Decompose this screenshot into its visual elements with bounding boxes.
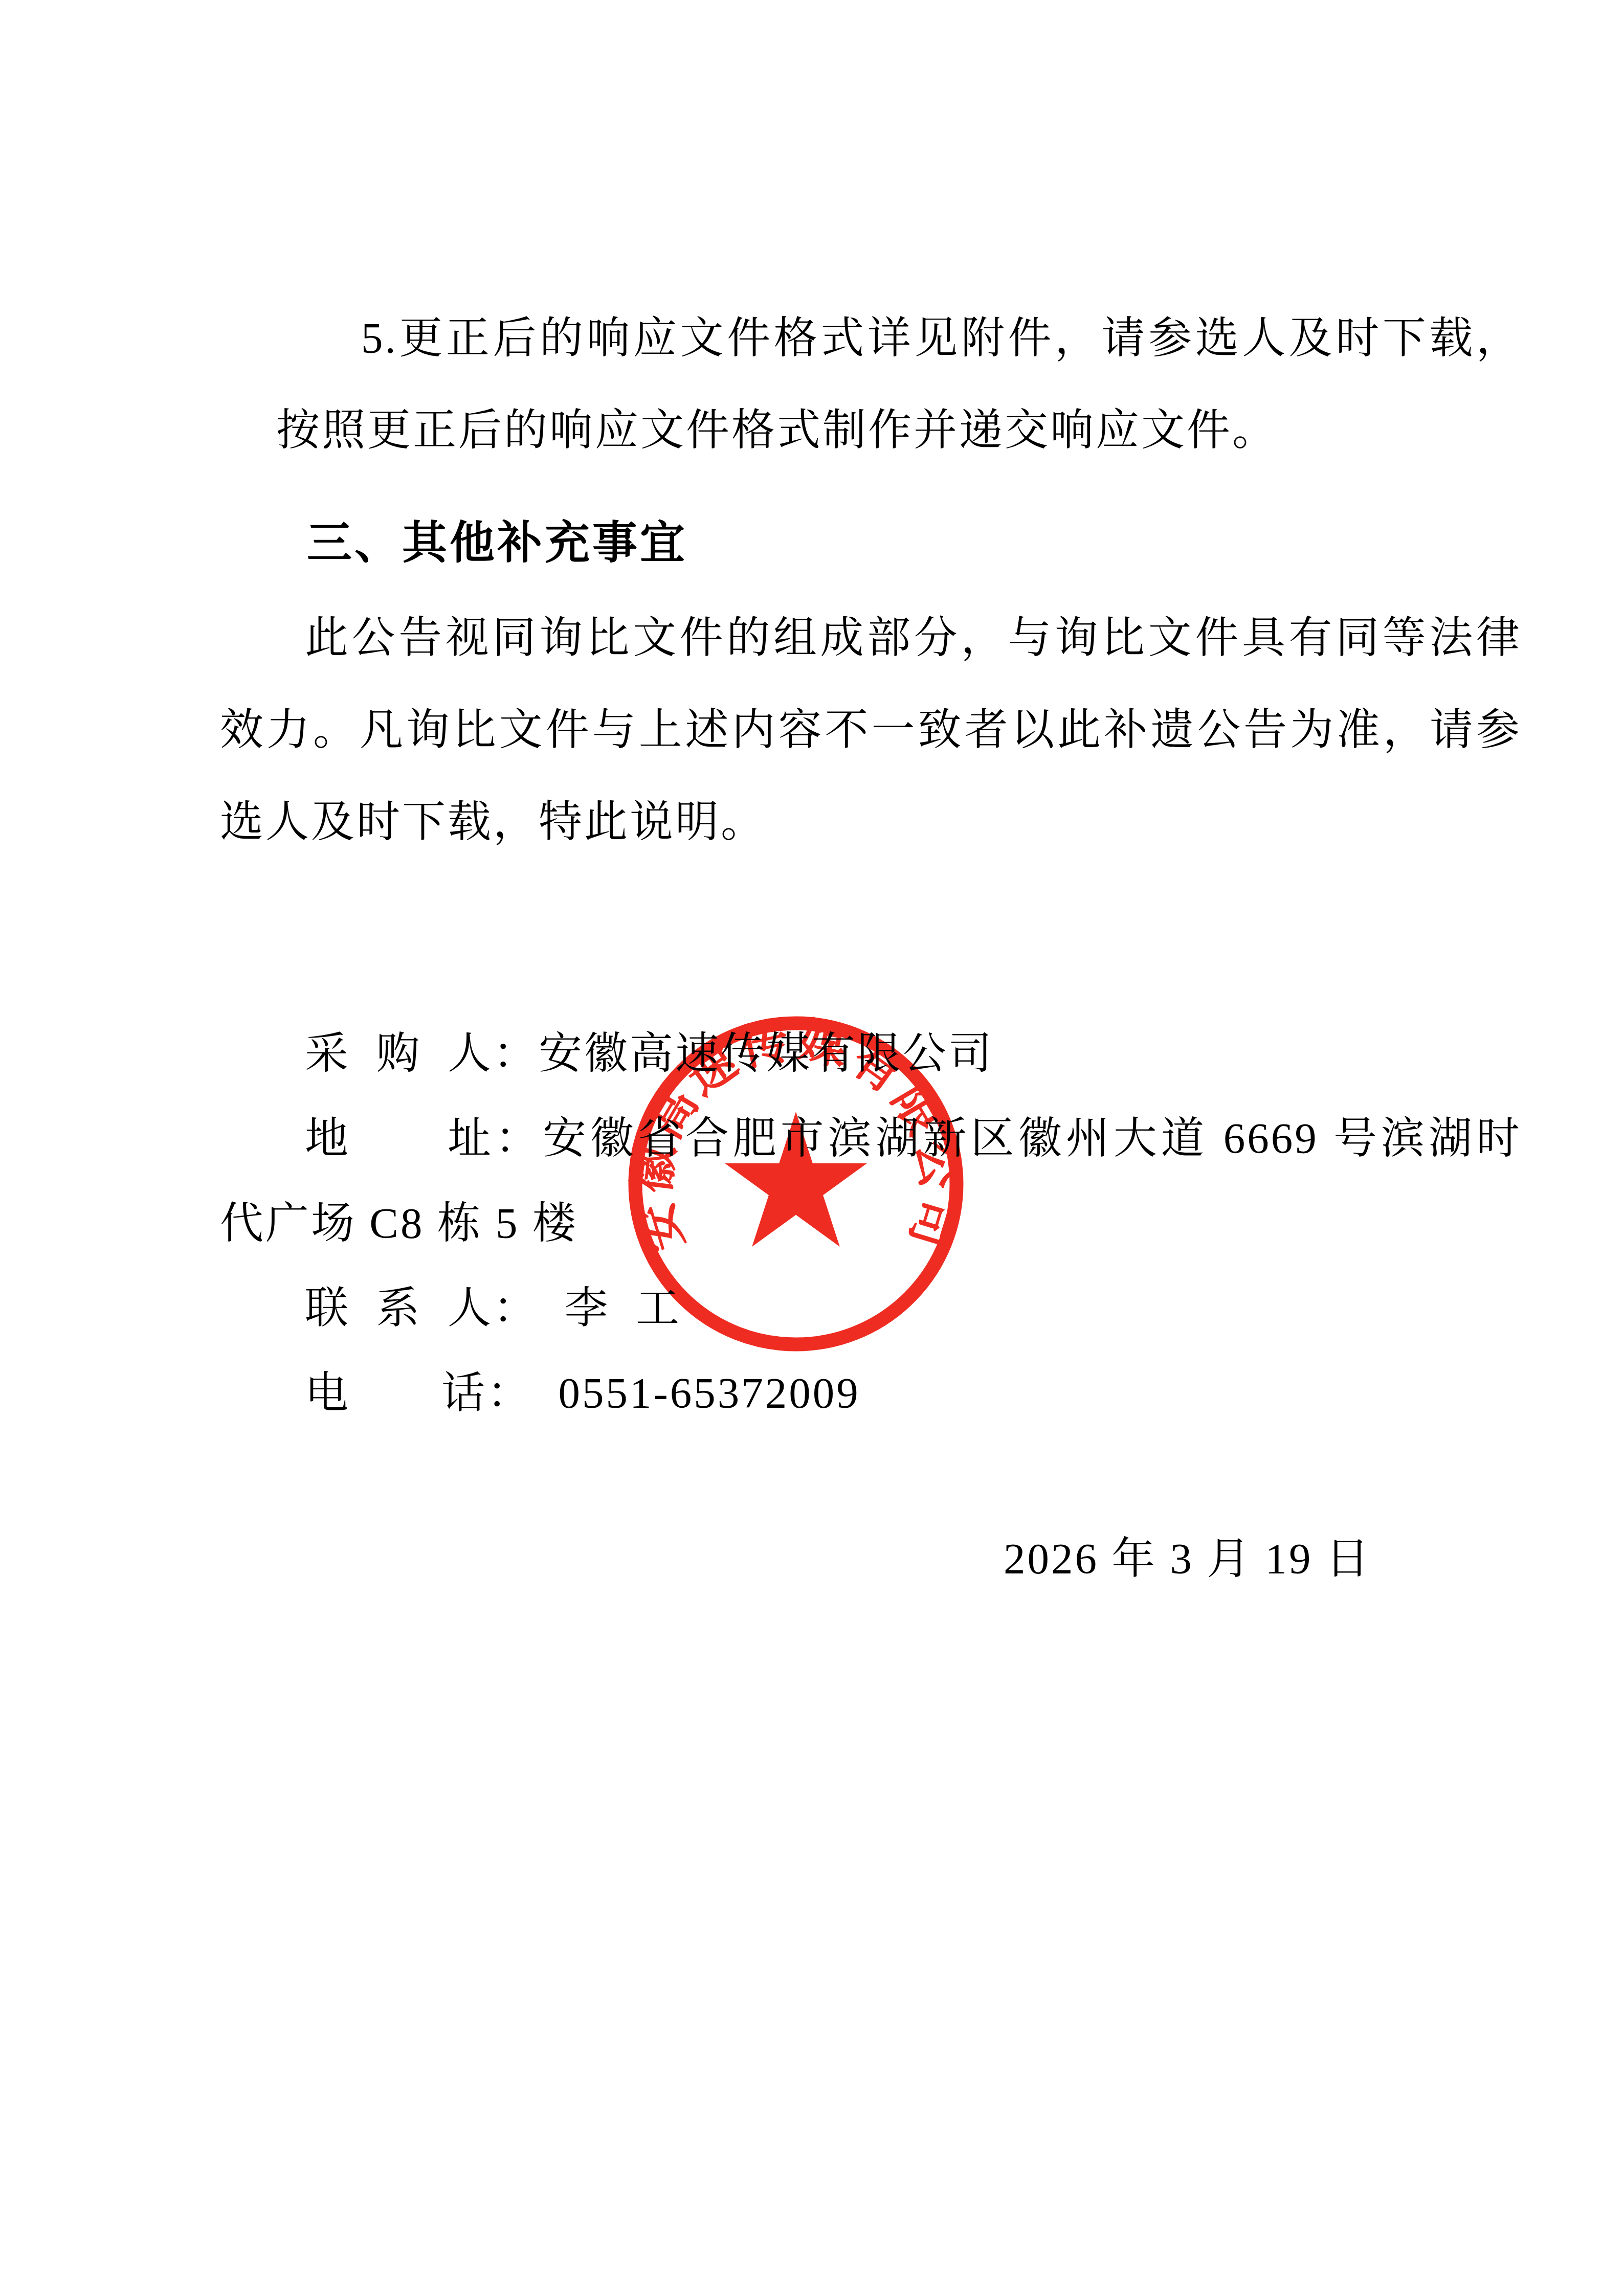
phone-line: 电 话： 0551-65372009	[220, 1351, 1522, 1436]
paragraph-line: 5.更正后的响应文件格式详见附件，请参选人及时下载，	[276, 292, 1522, 385]
paragraph-legal-notice: 此公告视同询比文件的组成部分，与询比文件具有同等法律 效力。凡询比文件与上述内容…	[220, 592, 1522, 868]
paragraph-line: 选人及时下载，特此说明。	[220, 776, 1522, 868]
contact-person-line: 联 系 人： 李 工	[220, 1266, 1522, 1351]
paragraph-line: 按照更正后的响应文件格式制作并递交响应文件。	[276, 385, 1522, 477]
section-heading: 三、其他补充事宜	[307, 514, 687, 571]
paragraph-line: 效力。凡询比文件与上述内容不一致者以此补遗公告为准，请参	[220, 684, 1522, 776]
contact-info-block: 采 购 人：安徽高速传媒有限公司 地 址：安徽省合肥市滨湖新区徽州大道 6669…	[220, 1011, 1522, 1436]
paragraph-line: 此公告视同询比文件的组成部分，与询比文件具有同等法律	[220, 592, 1522, 684]
date-line: 2026 年 3 月 19 日	[1004, 1524, 1371, 1586]
purchaser-line: 采 购 人：安徽高速传媒有限公司	[220, 1011, 1522, 1096]
address-line: 地 址：安徽省合肥市滨湖新区徽州大道 6669 号滨湖时	[220, 1096, 1522, 1181]
address-line-continued: 代广场 C8 栋 5 楼	[220, 1181, 1522, 1266]
document-page: 5.更正后的响应文件格式详见附件，请参选人及时下载， 按照更正后的响应文件格式制…	[0, 0, 1624, 2296]
paragraph-item-5: 5.更正后的响应文件格式详见附件，请参选人及时下载， 按照更正后的响应文件格式制…	[276, 292, 1522, 477]
